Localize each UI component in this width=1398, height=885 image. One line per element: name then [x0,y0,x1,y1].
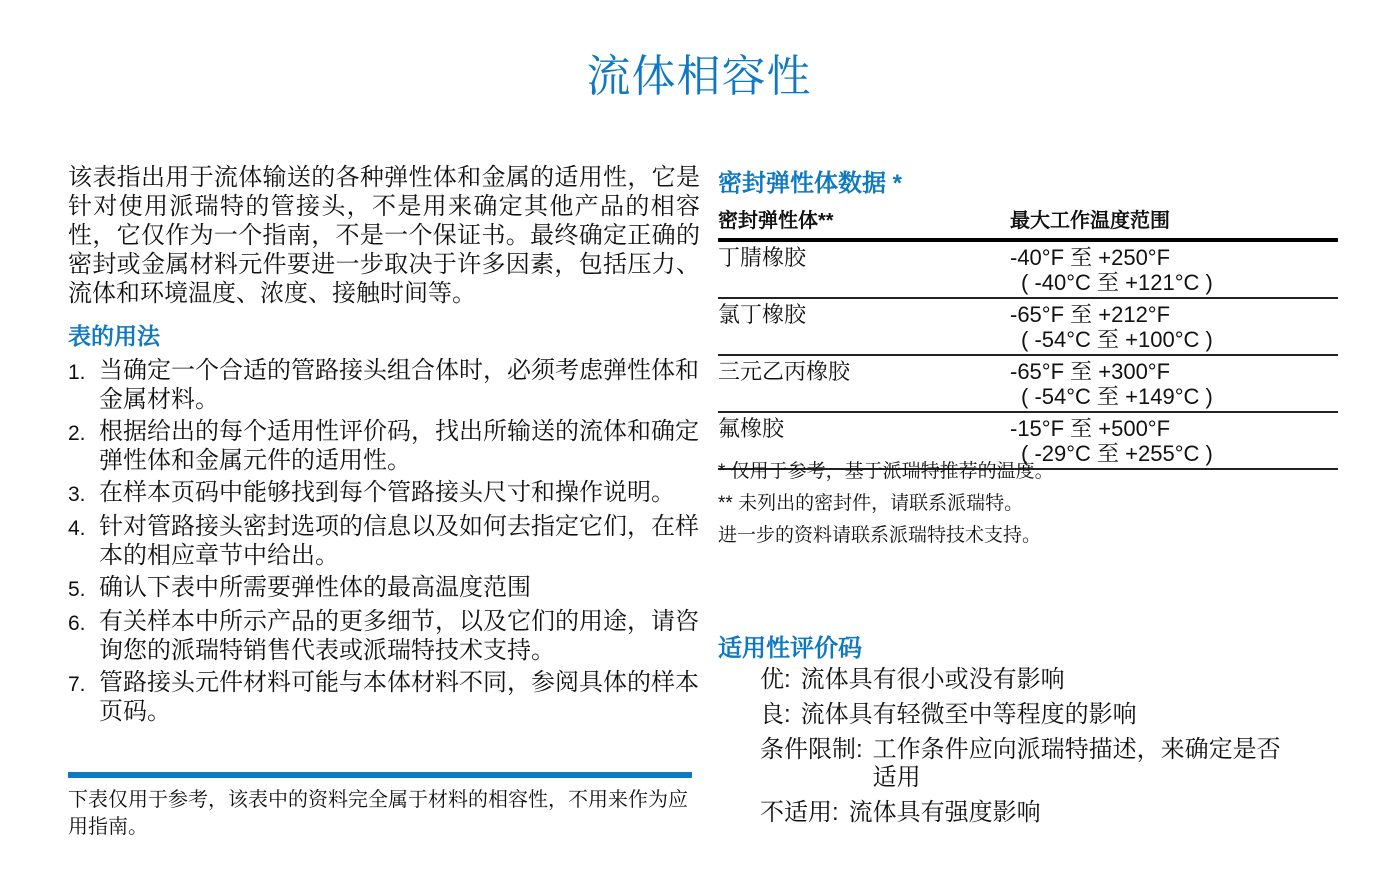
table-footnotes: * 仅用于参考，基于派瑞特推荐的温度。 ** 未列出的密封件，请联系派瑞特。 进… [718,461,1338,557]
table-row: 氯丁橡胶 -65°F 至 +212°F ( -54°C 至 +100°C ) [718,299,1338,356]
item-text: 有关样本中所示产品的更多细节，以及它们的用途，请咨询您的派瑞特销售代表或派瑞特技… [99,607,702,665]
item-number: 6. [68,607,99,665]
usage-item: 4. 针对管路接头密封选项的信息以及如何去指定它们，在样本的相应章节中给出。 [68,512,702,570]
item-text: 确认下表中所需要弹性体的最高温度范围 [99,573,702,604]
rating-label: 不适用: [760,799,839,827]
intro-paragraph: 该表指出用于流体输送的各种弹性体和金属的适用性，它是针对使用派瑞特的管接头，不是… [68,163,700,308]
item-number: 7. [68,668,99,726]
usage-item: 6. 有关样本中所示产品的更多细节，以及它们的用途，请咨询您的派瑞特销售代表或派… [68,607,702,665]
temp-range: -40°F 至 +250°F ( -40°C 至 +121°C ) [1010,245,1338,295]
temp-range: -15°F 至 +500°F ( -29°C 至 +255°C ) [1010,416,1338,466]
temp-fahrenheit: -65°F 至 +212°F [1010,302,1338,327]
rating-description: 流体具有强度影响 [849,799,1041,827]
temp-fahrenheit: -40°F 至 +250°F [1010,245,1338,270]
temp-fahrenheit: -15°F 至 +500°F [1010,416,1338,441]
rating-label: 良: [760,701,791,729]
item-number: 2. [68,417,99,475]
usage-heading: 表的用法 [68,318,160,351]
item-number: 4. [68,512,99,570]
item-number: 5. [68,573,99,604]
usage-item: 2. 根据给出的每个适用性评价码，找出所输送的流体和确定弹性体和金属元件的适用性… [68,417,702,475]
table-header-temp-range: 最大工作温度范围 [1010,209,1338,233]
rating-item: 良: 流体具有轻微至中等程度的影响 [760,701,1370,729]
elastomer-name: 氟橡胶 [718,416,1010,466]
usage-item: 3. 在样本页码中能够找到每个管路接头尺寸和操作说明。 [68,478,702,509]
seal-data-heading: 密封弹性体数据 * [718,163,902,198]
rating-description: 流体具有很小或没有影响 [801,666,1065,694]
item-number: 3. [68,478,99,509]
temp-celsius: ( -54°C 至 +149°C ) [1010,384,1338,409]
usage-item: 5. 确认下表中所需要弹性体的最高温度范围 [68,573,702,604]
temp-range: -65°F 至 +212°F ( -54°C 至 +100°C ) [1010,302,1338,352]
rating-label: 优: [760,666,791,694]
usage-item: 7. 管路接头元件材料可能与本体材料不同，参阅具体的样本页码。 [68,668,702,726]
usage-item: 1. 当确定一个合适的管路接头组合体时，必须考虑弹性体和金属材料。 [68,356,702,414]
item-text: 在样本页码中能够找到每个管路接头尺寸和操作说明。 [99,478,702,509]
document-page: 流体相容性 该表指出用于流体输送的各种弹性体和金属的适用性，它是针对使用派瑞特的… [0,0,1398,885]
reference-note: 下表仅用于参考，该表中的资料完全属于材料的相容性，不用来作为应用指南。 [68,772,692,841]
item-text: 当确定一个合适的管路接头组合体时，必须考虑弹性体和金属材料。 [99,356,702,414]
rating-label: 条件限制: [760,736,863,792]
elastomer-name: 三元乙丙橡胶 [718,359,1010,409]
rating-item: 不适用: 流体具有强度影响 [760,799,1370,827]
usage-list: 1. 当确定一个合适的管路接头组合体时，必须考虑弹性体和金属材料。 2. 根据给… [68,356,702,729]
temp-range: -65°F 至 +300°F ( -54°C 至 +149°C ) [1010,359,1338,409]
table-row: 丁腈橡胶 -40°F 至 +250°F ( -40°C 至 +121°C ) [718,242,1338,299]
rating-description: 流体具有轻微至中等程度的影响 [801,701,1137,729]
table-header-row: 密封弹性体** 最大工作温度范围 [718,209,1338,242]
table-header-elastomer: 密封弹性体** [718,209,1010,233]
elastomer-name: 氯丁橡胶 [718,302,1010,352]
table-row: 三元乙丙橡胶 -65°F 至 +300°F ( -54°C 至 +149°C ) [718,356,1338,413]
ratings-list: 优: 流体具有很小或没有影响 良: 流体具有轻微至中等程度的影响 条件限制: 工… [760,666,1370,834]
item-number: 1. [68,356,99,414]
temp-celsius: ( -40°C 至 +121°C ) [1010,270,1338,295]
elastomer-name: 丁腈橡胶 [718,245,1010,295]
page-title: 流体相容性 [0,40,1398,104]
rating-item: 优: 流体具有很小或没有影响 [760,666,1370,694]
footnote: * 仅用于参考，基于派瑞特推荐的温度。 [718,461,1338,483]
reference-note-text: 下表仅用于参考，该表中的资料完全属于材料的相容性，不用来作为应用指南。 [68,787,692,841]
temp-fahrenheit: -65°F 至 +300°F [1010,359,1338,384]
rating-description: 工作条件应向派瑞特描述，来确定是否 适用 [873,736,1281,792]
footnote: 进一步的资料请联系派瑞特技术支持。 [718,525,1338,547]
item-text: 根据给出的每个适用性评价码，找出所输送的流体和确定弹性体和金属元件的适用性。 [99,417,702,475]
temp-celsius: ( -54°C 至 +100°C ) [1010,327,1338,352]
accent-rule [68,772,692,778]
ratings-heading: 适用性评价码 [718,628,862,663]
item-text: 针对管路接头密封选项的信息以及如何去指定它们，在样本的相应章节中给出。 [99,512,702,570]
item-text: 管路接头元件材料可能与本体材料不同，参阅具体的样本页码。 [99,668,702,726]
footnote: ** 未列出的密封件，请联系派瑞特。 [718,493,1338,515]
rating-item: 条件限制: 工作条件应向派瑞特描述，来确定是否 适用 [760,736,1370,792]
elastomer-table: 密封弹性体** 最大工作温度范围 丁腈橡胶 -40°F 至 +250°F ( -… [718,209,1338,470]
